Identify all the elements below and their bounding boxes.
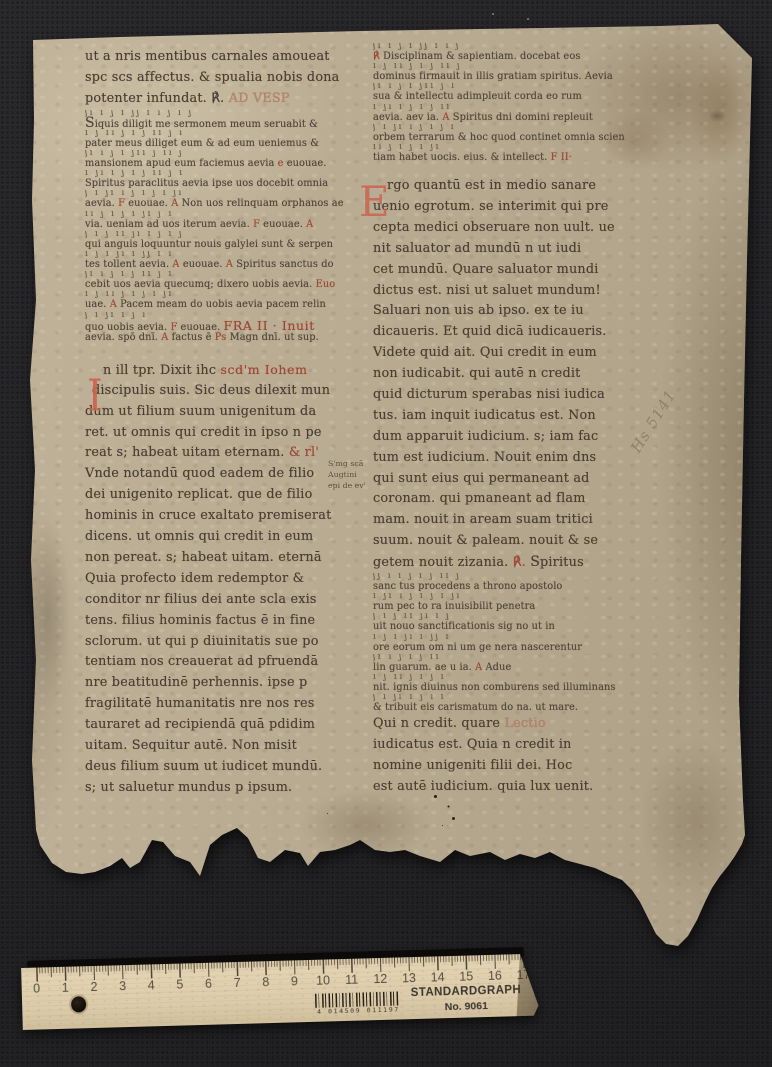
text-line: ʃı ſ ʃ ſ ʃʃ ſ ı ʃ ſ ʃSiquis diligit me s… [85, 110, 335, 130]
line-text: mansionem apud eum faciemus aevia e euou… [85, 158, 335, 170]
rubric-segment: F II· [551, 152, 572, 163]
ink-segment: piritus [540, 555, 584, 570]
line-text: nomine unigeniti filii dei. Hoc [373, 756, 635, 777]
ink-segment: uenio egrotum. se interimit qui pre [373, 199, 609, 214]
neume-row: ʃı ſ ʃ ſ ʃʃ ſ ı ʃ [373, 43, 635, 51]
line-text: dominus firmauit in illis gratiam spirit… [373, 71, 635, 83]
ink-segment: rgo quantū est in medio sanare [387, 178, 596, 193]
text-line: ſı ʃ ſ ʃ ſ ʃſ ʃ ſvia. ueniam ad uos iter… [85, 211, 335, 231]
line-text: ret. ut omnis qui credit in ipso n pe [85, 423, 335, 444]
line-text: sclorum. ut qui p diuinitatis sue po [85, 632, 335, 653]
text-line: coronam. qui pmaneant ad flam [373, 489, 635, 510]
ruler-hole [71, 996, 86, 1012]
line-text: dum apparuit iudicium. s; iam fac [373, 427, 635, 448]
text-line: nit saluator ad mundū n ut iudi [373, 239, 635, 260]
text-line: fragilitatē humanitatis nre nos res [85, 694, 335, 715]
ruler-number: 16 [485, 969, 505, 984]
line-text: aevia. F euouae. A Non uos relinquam orp… [85, 198, 335, 210]
line-text: Siquis diligit me sermonem meum seruabit… [85, 118, 335, 130]
ink-segment: via. ueniam ad uos iterum aevia. [85, 219, 253, 230]
ink-segment: non pereat. s; habeat uitam. eternā [85, 550, 322, 565]
ink-spots [434, 795, 437, 798]
rubric-segment: FRA II · Inuit [224, 318, 315, 333]
ink-segment: euouae. [180, 259, 226, 270]
manuscript-page: ut a nris mentibus carnales amoueatspc s… [0, 0, 772, 1067]
text-line: ret. ut omnis qui credit in ipso n pe [85, 423, 335, 444]
ink-segment: aevia. spō dnī. [85, 332, 161, 343]
neume-row: ſ ʃ ſ ʃı ſ ʃʃ ſ ı [85, 251, 335, 259]
text-line: uitam. Sequitur autē. Non misit [85, 736, 335, 757]
line-text: Qui n credit. quare Lectio [373, 714, 635, 735]
text-line: conditor nr filius dei ante scla exis [85, 590, 335, 611]
text-line: ſ ʃı ſ ʃ ſ ʃ ſſaevia. aev ia. A Spiritus… [373, 104, 635, 124]
neume-row: ʃ ſ ʃ ſſ ʃı ſ ʃ [373, 613, 635, 621]
rubric-initial-i: I [87, 374, 103, 418]
ink-segment: suum. nouit & paleam. nouit & se [373, 533, 598, 548]
neume-row: ʃſ ı ʃ ſ ʃſſ ʃ ſ [373, 83, 635, 91]
ink-segment: factus ē [172, 332, 215, 343]
line-text: sua & intellectu adimpleuit corda eo rum [373, 91, 635, 103]
barcode-digits: 4 014509 011197 [310, 1005, 406, 1016]
ink-segment: aevia. aev ia. [373, 112, 442, 123]
line-text: Videte quid ait. Qui credit in eum [373, 343, 635, 364]
text-line: hominis in cruce exaltato premiserat [85, 506, 335, 527]
ink-segment: cet mundū. Quare saluator mundi [373, 262, 599, 277]
ruler-number: 12 [370, 972, 390, 987]
line-text: tauraret ad recipiendā quā pdidim [85, 715, 335, 736]
text-line: ʃ ſ ʃſ ı ʃ ſ ʃ ſ ʃıaevia. F euouae. A No… [85, 190, 335, 210]
ink-segment: mansionem apud eum faciemus aevia [85, 158, 278, 169]
neume-row: ſ ʃ ſı ʃ ſ ʃ ſſ ʃ [373, 63, 635, 71]
ink-segment: euouae. [125, 198, 171, 209]
text-line: n ill tpr. Dixit ihc scd'm Iohem [85, 360, 335, 381]
text-line: suum. nouit & paleam. nouit & se [373, 531, 635, 552]
rubric-segment: A [171, 198, 181, 209]
ink-segment: ore eorum om ni um ge nera nascerentur [373, 642, 582, 653]
ink-segment: quid dicturum sperabas nisi iudica [373, 387, 605, 402]
ink-segment: cebit uos aevia quecumq; dixero uobis ae… [85, 279, 316, 290]
line-text: sanc tus procedens a throno apostolo [373, 581, 635, 593]
ink-segment: uitam. Sequitur autē. Non misit [85, 738, 297, 753]
text-line: ʃſ ı ʃ ſ ʃſſ ʃ ſsua & intellectu adimple… [373, 83, 635, 103]
text-line: Quia profecto idem redemptor & [85, 569, 335, 590]
ink-segment: potenter infundat. ℟. [85, 91, 229, 106]
text-line: dictus est. nisi ut saluet mundum! [373, 281, 635, 302]
right-text-column: ʃı ſ ʃ ſ ʃʃ ſ ı ʃ℟ Disciplinam & sapient… [373, 43, 635, 798]
text-line: dicens. ut omnis qui credit in eum [85, 527, 335, 548]
line-text: suum. nouit & paleam. nouit & se [373, 531, 635, 552]
line-text: rum pec to ra inuisibilit penetra [373, 601, 635, 613]
neume-row: ʃ ſ ʃſ ſ ʃ ı ſ [373, 694, 635, 702]
ink-segment: Saluari non uis ab ipso. ex te iu [373, 303, 584, 318]
text-line: non pereat. s; habeat uitam. eternā [85, 548, 335, 569]
line-text: hominis in cruce exaltato premiserat [85, 506, 335, 527]
line-text: pater meus diliget eum & ad eum ueniemus… [85, 138, 335, 150]
text-line: Qui n credit. quare Lectio [373, 714, 635, 735]
ink-segment: Disciplinam & sapientiam. docebat eos [383, 51, 580, 62]
neume-row: ſ ʃ ſı ʃ ſ ʃ ſ ʃſ [85, 291, 335, 299]
ink-segment: tauraret ad recipiendā quā pdidim [85, 717, 315, 732]
text-line: ſ ʃ ſı ʃ ſ ʃ ſſ ʃdominus firmauit in ill… [373, 63, 635, 83]
line-text: mam. nouit in aream suam tritici [373, 510, 635, 531]
line-text: non pereat. s; habeat uitam. eternā [85, 548, 335, 569]
text-line: ſ ʃſ ı ʃ ſ ʃ ſ ʃırum pec to ra inuisibil… [373, 593, 635, 613]
rubric-segment: A [226, 259, 236, 270]
text-line: nre beatitudinē perhennis. ipse p [85, 673, 335, 694]
ink-segment: tus. iam inquit iudicatus est. Non [373, 408, 596, 423]
neume-row: ʃſ ı ʃ ſ ʃſſ ʃ ſı ʃ [85, 150, 335, 158]
ink-segment: Magn dnī. ut sup. [230, 332, 319, 343]
ink-segment: pater meus diliget eum & ad eum ueniemus… [85, 138, 319, 149]
text-line: uenio egrotum. se interimit qui pre [373, 197, 635, 218]
text-line: tus. iam inquit iudicatus est. Non [373, 406, 635, 427]
ink-segment: dominus firmauit in illis gratiam spirit… [373, 71, 613, 82]
ruler: 01234567891011121314151617 4 014509 0111… [21, 943, 547, 1042]
neume-row: ʃſ ı ʃ ſ ʃ ſſ ʃ ſ [85, 271, 335, 279]
ruler-number: 8 [256, 975, 276, 990]
text-line: ʃſ ı ʃ ſ ʃ ſſ ʃ ſcebit uos aevia quecumq… [85, 271, 335, 291]
text-line: ut a nris mentibus carnales amoueat [85, 47, 335, 68]
rubric-segment: ℟ [373, 51, 383, 62]
rubric-initial-e: E [359, 180, 390, 224]
ink-segment: tens. filius hominis factus ē in fine [85, 613, 315, 628]
line-text: lin guarum. ae u ia. A Adue [373, 662, 635, 674]
ruler-model-label: No. 9061 [410, 999, 522, 1014]
gloss-line: S'mg scā [328, 458, 374, 469]
text-line: dum apparuit iudicium. s; iam fac [373, 427, 635, 448]
neume-row: ſ ʃı ſ ʃ ſ ʃ ſſ ʃ ſ [85, 170, 335, 178]
gloss-line: epi de ev' [328, 480, 374, 491]
line-text: dicaueris. Et quid dicā iudicaueris. [373, 322, 635, 343]
stain [25, 520, 70, 710]
line-text: potenter infundat. ℟. AD VESP [85, 89, 335, 110]
line-text: dicens. ut omnis qui credit in eum [85, 527, 335, 548]
ink-segment: Quia profecto idem redemptor & [85, 571, 304, 586]
line-text: uit nouo sanctificationis sig no ut in [373, 621, 635, 633]
ink-segment: Pacem meam do uobis aevia pacem relin [120, 299, 326, 310]
ink-segment: s; ut saluetur mundus p ipsum. [85, 780, 292, 795]
rubric-segment: ℟. [513, 555, 531, 570]
ruler-number: 13 [399, 971, 419, 986]
parchment-sheet: ut a nris mentibus carnales amoueatspc s… [0, 0, 772, 1067]
ink-segment: est autē iudicium. quia lux uenit. [373, 779, 593, 794]
text-line: dum ut filium suum unigenitum da [85, 402, 335, 423]
ruler-brand-label: STANDARDGRAPH [410, 984, 522, 999]
ink-segment: conditor nr filius dei ante scla exis [85, 592, 317, 607]
neume-row: ʃʃ ı ſ ʃ ſ ʃ ſſ ʃ [373, 573, 635, 581]
photo-root: { "scene": { "background_color": "#22222… [0, 0, 772, 1067]
neume-row: ʃſ ı ʃ ſ ʃ ſſ [373, 654, 635, 662]
text-line: cepta medici obseruare non uult. ue [373, 218, 635, 239]
ruler-number: 1 [55, 981, 75, 996]
rubric-segment: A [475, 662, 485, 673]
ruler-number: 15 [456, 969, 476, 984]
text-line: ʃſ ı ʃ ſ ʃ ſſlin guarum. ae u ia. A Adue [373, 654, 635, 674]
line-text: est autē iudicium. quia lux uenit. [373, 777, 635, 798]
ink-segment: nre beatitudinē perhennis. ipse p [85, 675, 307, 690]
line-text: & tribuit eis carismatum do na. ut mare. [373, 702, 635, 714]
ink-segment: sua & intellectu adimpleuit corda eo rum [373, 91, 582, 102]
text-line: Videte quid ait. Qui credit in eum [373, 343, 635, 364]
text-line: ſ ʃ ſ ʃı ſ ʃʃ ſ ıtes tollent aevia. A eu… [85, 251, 335, 271]
text-line: qui sunt eius qui permaneant ad [373, 469, 635, 490]
ink-segment: lin guarum. ae u ia. [373, 662, 475, 673]
text-line: deus filium suum ut iudicet mundū. [85, 757, 335, 778]
ink-segment: euouae. [284, 158, 327, 169]
rubric-segment: AD VESP [229, 91, 290, 106]
text-line: quid dicturum sperabas nisi iudica [373, 385, 635, 406]
line-text: tentiam nos creauerat ad pfruendā [85, 652, 335, 673]
ink-segment: Non uos relinquam orphanos ae [182, 198, 344, 209]
text-line: ſ ʃı ſ ʃ ſ ʃ ſſ ʃ ſSpiritus paraclitus a… [85, 170, 335, 190]
line-text: nit saluator ad mundū n ut iudi [373, 239, 635, 260]
rubric-segment: Euo [316, 279, 336, 290]
ruler-number: 14 [427, 970, 447, 985]
text-line: ʃ ſ ʃſ ſ ʃ ıquo uobis aevia. F euouae. F… [85, 312, 335, 332]
ink-segment: getem nouit zizania. [373, 555, 513, 570]
neume-row: ʃı ſ ʃ ſ ʃʃ ſ ı ʃ ſ ʃ [85, 110, 335, 118]
ink-segment: uit nouo sanctificationis sig no ut in [373, 621, 555, 632]
line-text: conditor nr filius dei ante scla exis [85, 590, 335, 611]
line-text: dictus est. nisi ut saluet mundum! [373, 281, 635, 302]
line-text: Saluari non uis ab ipso. ex te iu [373, 301, 635, 322]
ink-segment: mam. nouit in aream suam tritici [373, 512, 593, 527]
text-line: discipulis suis. Sic deus dilexit mun [85, 381, 335, 402]
rubric-segment: & rl' [289, 445, 319, 460]
text-line: ʃʃ ı ſ ʃ ſ ʃ ſſ ʃsanc tus procedens a th… [373, 573, 635, 593]
line-text: nit. ignis diuinus non comburens sed ill… [373, 682, 635, 694]
line-text: cepta medici obseruare non uult. ue [373, 218, 635, 239]
line-text: rgo quantū est in medio sanare [387, 176, 635, 197]
text-line: getem nouit zizania. ℟. Spiritus [373, 552, 635, 573]
stain [640, 740, 750, 900]
ink-segment: tiam habet uocis. eius. & intellect. [373, 152, 551, 163]
neume-row: ſ ʃ ſı ʃ ſ ʃ ſſ ʃ ı [85, 130, 335, 138]
line-text: ℟ Disciplinam & sapientiam. docebat eos [373, 51, 635, 63]
text-line: ʃ ſ ʃ ſſ ʃı ſ ʃuit nouo sanctificationis… [373, 613, 635, 633]
text-line: ſ ʃ ſ ʃı ſ ʃʃ ſore eorum om ni um ge ner… [373, 634, 635, 654]
text-line: ſı ʃ ſ ʃ ſ ʃſtiam habet uocis. eius. & i… [373, 144, 635, 164]
marginal-gloss: S'mg scā Augtini epi de ev' [328, 458, 374, 491]
line-text: Spiritus paraclitus aevia ipse uos doceb… [85, 178, 335, 190]
line-text: tiam habet uocis. eius. & intellect. F I… [373, 152, 635, 164]
text-line: s; ut saluetur mundus p ipsum. [85, 778, 335, 799]
ink-segment: qui sunt eius qui permaneant ad [373, 471, 590, 486]
line-text: spc scs affectus. & spualia nobis dona [85, 68, 335, 89]
neume-row: ʃ ſ ʃſ ſ ʃ ı [85, 312, 335, 320]
ink-segment: ut a nris mentibus carnales amoueat [85, 49, 330, 64]
ruler-number: 2 [84, 980, 104, 995]
neume-row: ſ ʃſ ı ʃ ſ ʃ ſ ʃı [373, 593, 635, 601]
rubric-segment: A [161, 332, 171, 343]
ink-segment: non iudicabit. qui autē n credit [373, 366, 580, 381]
line-text: via. ueniam ad uos iterum aevia. F euoua… [85, 219, 335, 231]
text-line: potenter infundat. ℟. AD VESP [85, 89, 335, 110]
ruler-number: 7 [227, 976, 247, 991]
text-line: cet mundū. Quare saluator mundi [373, 260, 635, 281]
ruler-number: 6 [198, 977, 218, 992]
ink-segment: tentiam nos creauerat ad pfruendā [85, 654, 318, 669]
ink-segment: n ill tpr. Dixit ihc [103, 363, 220, 378]
text-line: nomine unigeniti filii dei. Hoc [373, 756, 635, 777]
text-line: ſ ʃ ſı ʃ ſ ʃ ſ ʃſuae. A Pacem meam do uo… [85, 291, 335, 311]
ink-segment: Adue [486, 662, 512, 673]
line-text: s; ut saluetur mundus p ipsum. [85, 778, 335, 799]
line-text: tus. iam inquit iudicatus est. Non [373, 406, 635, 427]
text-line: tentiam nos creauerat ad pfruendā [85, 652, 335, 673]
ink-segment: cepta medici obseruare non uult. ue [373, 220, 615, 235]
rubric-segment: scd'm Iohem [220, 362, 307, 377]
neume-row: ſ ʃı ſ ʃ ſ ʃ ſſ [373, 104, 635, 112]
text-line: non iudicabit. qui autē n credit [373, 364, 635, 385]
ruler-number: 11 [342, 973, 362, 988]
ink-segment: dei unigenito replicat. que de filio [85, 487, 312, 502]
text-line: ʃı ſ ʃ ſ ʃʃ ſ ı ʃ℟ Disciplinam & sapient… [373, 43, 635, 63]
ink-segment: coronam. qui pmaneant ad flam [373, 491, 586, 506]
text-line: ʃ ſ ʃ ſſ ʃı ſ ʃ ſ ʃqui anguis loquuntur … [85, 231, 335, 251]
ink-segment: iquis diligit me sermonem meum seruabit … [95, 119, 318, 130]
line-text: qui anguis loquuntur nouis galylei sunt … [85, 239, 335, 251]
ruler-number: 10 [313, 973, 333, 988]
neume-row: ſı ʃ ſ ʃ ſ ʃſ ʃ ſ [85, 211, 335, 219]
rubric-segment: A [442, 112, 452, 123]
neume-row: ſ ʃ ſ ʃı ſ ʃʃ ſ [373, 634, 635, 642]
line-text: fragilitatē humanitatis nre nos res [85, 694, 335, 715]
text-line: tens. filius hominis factus ē in fine [85, 611, 335, 632]
rubric-segment: F [253, 219, 260, 230]
ink-segment: fragilitatē humanitatis nre nos res [85, 696, 315, 711]
line-text: uae. A Pacem meam do uobis aevia pacem r… [85, 299, 335, 311]
line-text: quo uobis aevia. F euouae. FRA II · Inui… [85, 320, 335, 332]
text-line: dicaueris. Et quid dicā iudicaueris. [373, 322, 635, 343]
line-text: non iudicabit. qui autē n credit [373, 364, 635, 385]
ink-segment: Videte quid ait. Qui credit in eum [373, 345, 597, 360]
ink-segment: deus filium suum ut iudicet mundū. [85, 759, 322, 774]
line-text: nre beatitudinē perhennis. ipse p [85, 673, 335, 694]
ink-segment: dicens. ut omnis qui credit in eum [85, 529, 313, 544]
ink-segment: tes tollent aevia. [85, 259, 172, 270]
text-line: spc scs affectus. & spualia nobis dona [85, 68, 335, 89]
text-line: Vnde notandū quod eadem de filio [85, 464, 335, 485]
text-line: sclorum. ut qui p diuinitatis sue po [85, 632, 335, 653]
text-line: iudicatus est. Quia n credit in [373, 735, 635, 756]
neume-row: ſ ʃ ſı ʃ ſ ʃ ſ [373, 674, 635, 682]
text-line: ſ ʃ ſı ʃ ſ ʃ ſnit. ignis diuinus non com… [373, 674, 635, 694]
text-line: tauraret ad recipiendā quā pdidim [85, 715, 335, 736]
ink-segment: iudicatus est. Quia n credit in [373, 737, 572, 752]
text-line: ʃſ ı ʃ ſ ʃſſ ʃ ſı ʃmansionem apud eum fa… [85, 150, 335, 170]
line-text: quid dicturum sperabas nisi iudica [373, 385, 635, 406]
ruler-number: 4 [141, 978, 161, 993]
ink-segment: uae. [85, 299, 110, 310]
text-line: ʃ ſ ʃſ ı ʃ ſ ʃ ſorbem terrarum & hoc quo… [373, 124, 635, 144]
text-line: rgo quantū est in medio sanare [373, 176, 635, 197]
ruler-number: 5 [170, 977, 190, 992]
line-text: orbem terrarum & hoc quod continet omnia… [373, 132, 635, 144]
line-text: discipulis suis. Sic deus dilexit mun [92, 381, 335, 402]
rubric-segment: F [118, 198, 125, 209]
neume-row: ʃ ſ ʃ ſſ ʃı ſ ʃ ſ ʃ [85, 231, 335, 239]
gloss-line: Augtini [328, 469, 374, 480]
line-text: aevia. spō dnī. A factus ē Ps Magn dnī. … [85, 332, 335, 344]
ink-segment: Spiritus dni domini repleuit [453, 112, 593, 123]
line-text: coronam. qui pmaneant ad flam [373, 489, 635, 510]
ink-segment: ret. ut omnis qui credit in ipso n pe [85, 425, 322, 440]
ink-segment: Qui n credit. quare [373, 716, 504, 731]
ink-segment: sanc tus procedens a throno apostolo [373, 581, 562, 592]
ink-segment: Spiritus paraclitus aevia ipse uos doceb… [85, 178, 328, 189]
ink-segment: spc scs affectus. & spualia nobis dona [85, 70, 340, 85]
ink-segment: nit saluator ad mundū n ut iudi [373, 241, 581, 256]
line-text: aevia. aev ia. A Spiritus dni domini rep… [373, 112, 635, 124]
ink-segment: nit. ignis diuinus non comburens sed ill… [373, 682, 616, 693]
rubric-segment: S [530, 554, 540, 570]
line-text: ut a nris mentibus carnales amoueat [85, 47, 335, 68]
ink-segment: dum apparuit iudicium. s; iam fac [373, 429, 598, 444]
line-text: cebit uos aevia quecumq; dixero uobis ae… [85, 279, 335, 291]
rubric-segment: Ps [215, 332, 230, 343]
text-line: ʃ ſ ʃſ ſ ʃ ı ſ& tribuit eis carismatum d… [373, 694, 635, 714]
ink-segment: orbem terrarum & hoc quod continet omnia… [373, 132, 625, 143]
text-line: mam. nouit in aream suam tritici [373, 510, 635, 531]
line-text: tes tollent aevia. A euouae. A Spiritus … [85, 259, 335, 271]
ink-segment: sclorum. ut qui p diuinitatis sue po [85, 634, 319, 649]
line-text: dei unigenito replicat. que de filio [85, 485, 335, 506]
line-text: uenio egrotum. se interimit qui pre [373, 197, 635, 218]
ink-segment: nomine unigeniti filii dei. Hoc [373, 758, 572, 773]
rubric-segment: A [110, 299, 120, 310]
ink-segment: reat s; habeat uitam eternam. [85, 445, 289, 460]
line-text: iudicatus est. Quia n credit in [373, 735, 635, 756]
line-text: ore eorum om ni um ge nera nascerentur [373, 642, 635, 654]
ink-segment: aevia. [85, 198, 118, 209]
ink-segment: discipulis suis. Sic deus dilexit mun [92, 383, 330, 398]
text-line: Saluari non uis ab ipso. ex te iu [373, 301, 635, 322]
stain [300, 790, 430, 860]
ink-segment: dum ut filium suum unigenitum da [85, 404, 316, 419]
line-text: n ill tpr. Dixit ihc scd'm Iohem [103, 360, 335, 382]
faint-smudge [708, 110, 726, 122]
text-line: aevia. spō dnī. A factus ē Ps Magn dnī. … [85, 332, 335, 352]
line-text: reat s; habeat uitam eternam. & rl' [85, 443, 335, 464]
neume-row: ſı ʃ ſ ʃ ſ ʃſ [373, 144, 635, 152]
ink-segment: qui anguis loquuntur nouis galylei sunt … [85, 239, 333, 250]
ink-segment: euouae. [260, 219, 306, 230]
ink-segment: Spiritus sanctus do [236, 259, 333, 270]
ink-segment: tum est iudicium. Nouit enim dns [373, 450, 596, 465]
line-text: uitam. Sequitur autē. Non misit [85, 736, 335, 757]
ruler-number: 0 [26, 981, 46, 996]
text-line: tum est iudicium. Nouit enim dns [373, 448, 635, 469]
line-text: qui sunt eius qui permaneant ad [373, 469, 635, 490]
neume-row: ʃ ſ ʃſ ı ʃ ſ ʃ ſ [373, 124, 635, 132]
ink-segment: hominis in cruce exaltato premiserat [85, 508, 331, 523]
text-line: reat s; habeat uitam eternam. & rl' [85, 443, 335, 464]
ink-segment: rum pec to ra inuisibilit penetra [373, 601, 535, 612]
ink-segment: & tribuit eis carismatum do na. ut mare. [373, 702, 578, 713]
line-text: deus filium suum ut iudicet mundū. [85, 757, 335, 778]
line-text: getem nouit zizania. ℟. Spiritus [373, 552, 635, 574]
line-text: tum est iudicium. Nouit enim dns [373, 448, 635, 469]
ink-segment: dictus est. nisi ut saluet mundum! [373, 283, 601, 298]
rubric-segment: Lectio [504, 716, 545, 731]
line-text: cet mundū. Quare saluator mundi [373, 260, 635, 281]
rubric-segment: A [306, 219, 313, 230]
rubric-segment: A [172, 259, 179, 270]
ruler-number: 3 [112, 979, 132, 994]
ink-segment: dicaueris. Et quid dicā iudicaueris. [373, 324, 607, 339]
line-text: Vnde notandū quod eadem de filio [85, 464, 335, 485]
